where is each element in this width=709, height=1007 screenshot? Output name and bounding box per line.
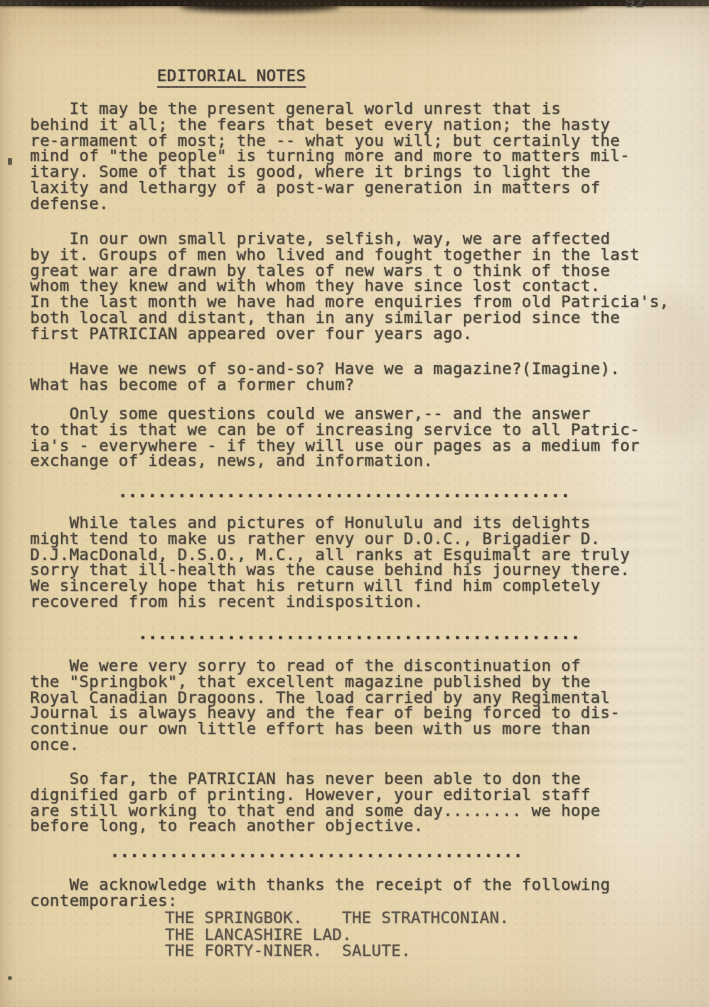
dotted-separator-2: ........................................… xyxy=(138,626,580,642)
paragraph-old-patricians: In our own small private, selfish, way, … xyxy=(30,231,690,342)
ink-speck-bottom xyxy=(8,976,12,980)
paragraph-honululu-doc: While tales and pictures of Honululu and… xyxy=(30,515,690,610)
document-page: 92 EDITORIAL NOTES It may be the present… xyxy=(0,0,709,1007)
dotted-separator-3: ........................................… xyxy=(110,844,523,860)
page-number: 92 xyxy=(625,0,645,10)
paragraph-acknowledgements: We acknowledge with thanks the receipt o… xyxy=(30,877,690,909)
paragraph-questions: Have we news of so-and-so? Have we a mag… xyxy=(30,361,690,393)
paragraph-patrician-printing: So far, the PATRICIAN has never been abl… xyxy=(30,771,690,834)
scan-smudge xyxy=(180,1,340,12)
paragraph-world-unrest: It may be the present general world unre… xyxy=(30,101,690,212)
ink-speck-margin xyxy=(8,158,12,165)
page-title: EDITORIAL NOTES xyxy=(157,68,306,88)
contemporaries-list: THE SPRINGBOK. THE STRATHCONIAN. THE LAN… xyxy=(165,910,509,960)
scan-smudge xyxy=(420,1,590,10)
paragraph-springbok-discontinuation: We were very sorry to read of the discon… xyxy=(30,658,690,753)
dotted-separator-1: ........................................… xyxy=(118,484,570,500)
paragraph-answer-service: Only some questions could we answer,-- a… xyxy=(30,406,690,469)
scan-smudge xyxy=(40,0,130,6)
